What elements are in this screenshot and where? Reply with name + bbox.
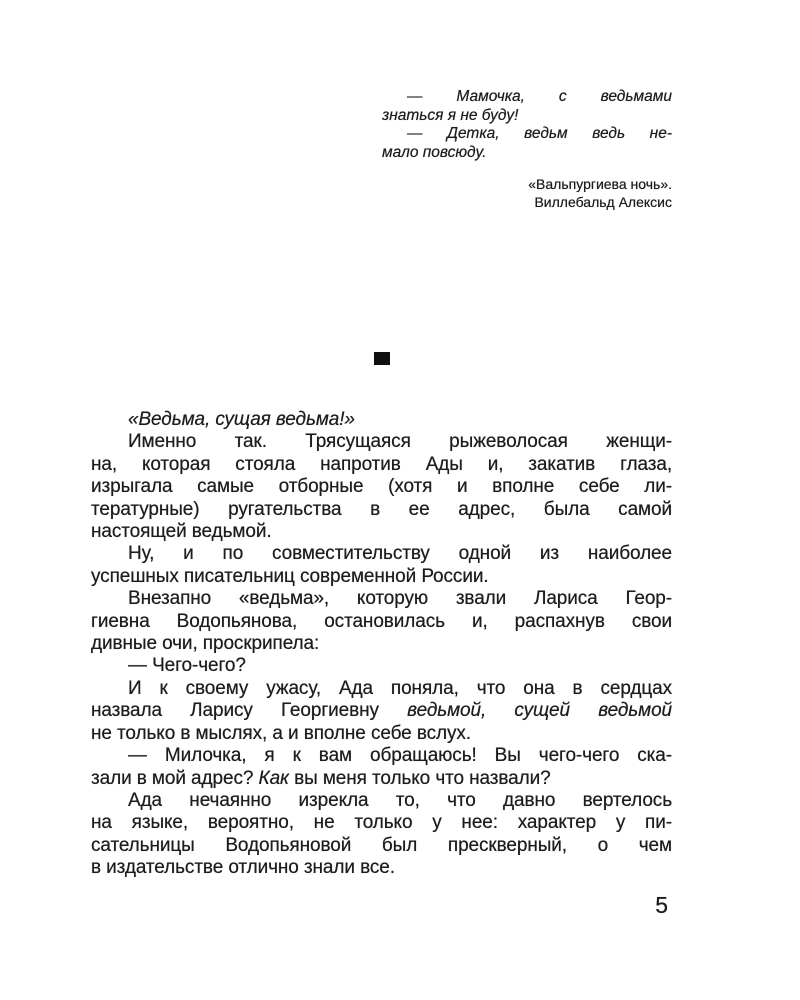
- text-run: Ада нечаянно изрекла то, что давно верте…: [128, 790, 672, 811]
- page-number: 5: [91, 892, 668, 918]
- text-line: настоящей ведьмой.: [91, 521, 672, 543]
- paragraph: — Детка, ведьм ведь не-мало повсюду.: [382, 125, 672, 162]
- text-run: на, которая стояла напротив Ады и, закат…: [91, 454, 672, 475]
- text-run: в издательстве отлично знали все.: [91, 857, 395, 878]
- epigraph-verse: — Мамочка, с ведьмамизнаться я не буду!—…: [382, 88, 672, 162]
- text-line: изрыгала самые отборные (хотя и вполне с…: [91, 476, 672, 498]
- text-run: зали в мой адрес?: [91, 768, 258, 789]
- text-line: успешных писательниц современной России.: [91, 566, 672, 588]
- epigraph-credit: «Вальпургиева ночь». Виллебальд Алексис: [382, 175, 672, 211]
- text-run: — Чего-чего?: [128, 655, 246, 676]
- paragraph: — Чего-чего?: [91, 655, 672, 677]
- text-run: тературные) ругательства в ее адрес, был…: [91, 499, 672, 520]
- text-run: не только в мыслях, а и вполне себе вслу…: [91, 723, 471, 744]
- text-line: в издательстве отлично знали все.: [91, 857, 672, 879]
- paragraph: «Ведьма, сущая ведьма!»: [91, 409, 672, 431]
- text-run: И к своему ужасу, Ада поняла, что она в …: [128, 678, 672, 699]
- text-line: — Мамочка, с ведьмами: [382, 88, 672, 107]
- paragraph: Ну, и по совместительству одной из наибо…: [91, 543, 672, 588]
- text-run: — Мамочка, с ведьмами: [407, 88, 672, 105]
- text-run: на языке, вероятно, не только у нее: хар…: [91, 812, 672, 833]
- text-line: «Ведьма, сущая ведьма!»: [91, 409, 672, 431]
- paragraph: Ада нечаянно изрекла то, что давно верте…: [91, 790, 672, 880]
- text-line: дивные очи, проскрипела:: [91, 633, 672, 655]
- text-run: вы меня только что назвали?: [289, 768, 551, 789]
- epigraph-source: «Вальпургиева ночь».: [382, 175, 672, 193]
- paragraph: Именно так. Трясущаяся рыжеволосая женщи…: [91, 431, 672, 543]
- text-run: гиевна Водопьянова, остановилась и, расп…: [91, 611, 672, 632]
- text-line: Именно так. Трясущаяся рыжеволосая женщи…: [91, 431, 672, 453]
- text-run: Внезапно «ведьма», которую звали Лариса …: [128, 588, 672, 609]
- epigraph-author: Виллебальд Алексис: [382, 193, 672, 211]
- text-run: Именно так. Трясущаяся рыжеволосая женщи…: [128, 431, 672, 452]
- text-run: Ну, и по совместительству одной из наибо…: [128, 543, 672, 564]
- text-line: тературные) ругательства в ее адрес, был…: [91, 499, 672, 521]
- text-line: — Детка, ведьм ведь не-: [382, 125, 672, 144]
- text-line: гиевна Водопьянова, остановилась и, расп…: [91, 611, 672, 633]
- text-run: «Ведьма, сущая ведьма!»: [128, 409, 355, 430]
- text-run: дивные очи, проскрипела:: [91, 633, 319, 654]
- body-text: «Ведьма, сущая ведьма!»Именно так. Трясу…: [91, 409, 672, 880]
- text-run: настоящей ведьмой.: [91, 521, 272, 542]
- text-line: Ну, и по совместительству одной из наибо…: [91, 543, 672, 565]
- text-line: на языке, вероятно, не только у нее: хар…: [91, 812, 672, 834]
- text-run: назвала Ларису Георгиевну: [91, 700, 407, 721]
- text-run: — Детка, ведьм ведь не-: [407, 125, 672, 142]
- paragraph: — Милочка, я к вам обращаюсь! Вы чего-че…: [91, 745, 672, 790]
- text-line: — Милочка, я к вам обращаюсь! Вы чего-че…: [91, 745, 672, 767]
- text-line: — Чего-чего?: [91, 655, 672, 677]
- text-run: знаться я не буду!: [382, 107, 518, 124]
- text-line: Внезапно «ведьма», которую звали Лариса …: [91, 588, 672, 610]
- text-line: знаться я не буду!: [382, 107, 672, 126]
- text-line: на, которая стояла напротив Ады и, закат…: [91, 454, 672, 476]
- epigraph: — Мамочка, с ведьмамизнаться я не буду!—…: [382, 88, 672, 211]
- text-line: назвала Ларису Георгиевну ведьмой, сущей…: [91, 700, 672, 722]
- paragraph: — Мамочка, с ведьмамизнаться я не буду!: [382, 88, 672, 125]
- text-line: мало повсюду.: [382, 144, 672, 163]
- text-run: Как: [258, 768, 288, 789]
- text-line: сательницы Водопьяновой был прескверный,…: [91, 835, 672, 857]
- text-run: мало повсюду.: [382, 144, 486, 161]
- text-line: не только в мыслях, а и вполне себе вслу…: [91, 723, 672, 745]
- paragraph: Внезапно «ведьма», которую звали Лариса …: [91, 588, 672, 655]
- book-page: — Мамочка, с ведьмамизнаться я не буду!—…: [0, 0, 800, 1000]
- text-run: сательницы Водопьяновой был прескверный,…: [91, 835, 672, 856]
- text-run: успешных писательниц современной России.: [91, 566, 489, 587]
- text-run: изрыгала самые отборные (хотя и вполне с…: [91, 476, 672, 497]
- text-run: ведьмой, сущей ведьмой: [407, 700, 672, 721]
- text-run: — Милочка, я к вам обращаюсь! Вы чего-че…: [128, 745, 672, 766]
- section-break-marker: [374, 352, 390, 365]
- text-line: Ада нечаянно изрекла то, что давно верте…: [91, 790, 672, 812]
- paragraph: И к своему ужасу, Ада поняла, что она в …: [91, 678, 672, 745]
- text-line: И к своему ужасу, Ада поняла, что она в …: [91, 678, 672, 700]
- text-line: зали в мой адрес? Как вы меня только что…: [91, 768, 672, 790]
